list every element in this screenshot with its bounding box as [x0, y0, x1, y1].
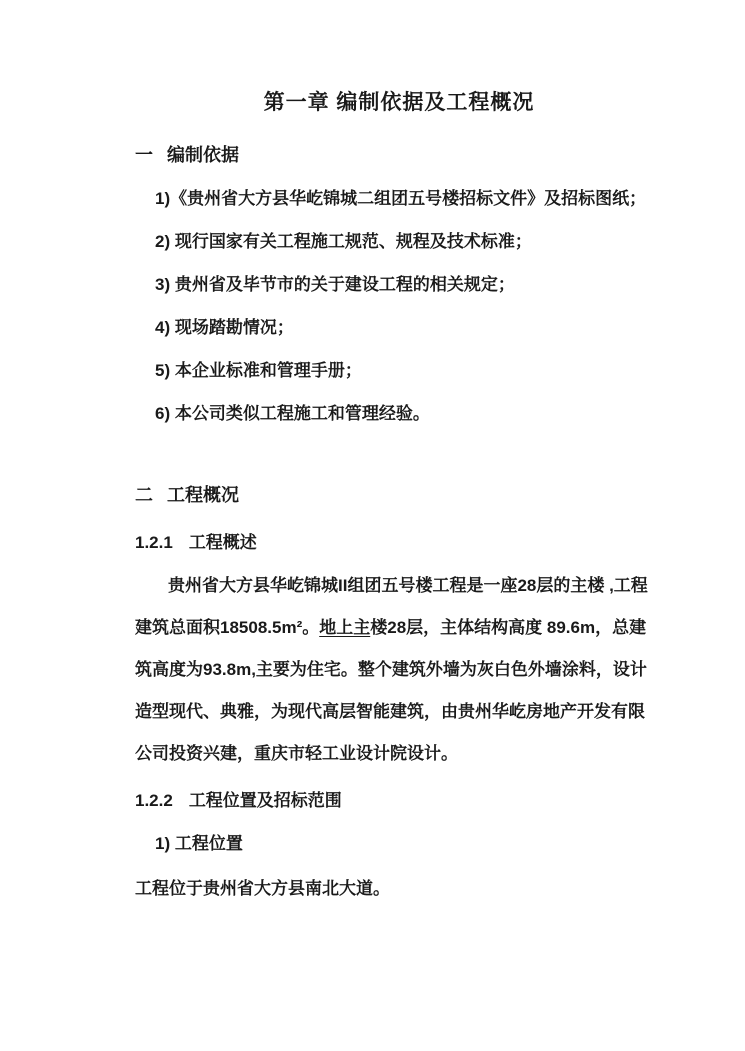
subsection-number: 1.2.2 [135, 791, 173, 811]
location-point-heading: 1) 工程位置 [135, 835, 663, 853]
basis-list-item: 6) 本公司类似工程施工和管理经验。 [135, 405, 663, 423]
section-heading-basis: 一编制依据 [135, 145, 663, 165]
document-page: 第一章 编制依据及工程概况 一编制依据 1)《贵州省大方县华屹锦城二组团五号楼招… [0, 0, 745, 1051]
basis-list-item: 1)《贵州省大方县华屹锦城二组团五号楼招标文件》及招标图纸； [135, 190, 663, 208]
chapter-title: 第一章 编制依据及工程概况 [135, 90, 663, 115]
basis-list-item: 5) 本企业标准和管理手册； [135, 362, 663, 380]
paragraph-line: 贵州省大方县华屹锦城II组团五号楼工程是一座28层的主楼 ,工程 [135, 565, 663, 607]
paragraph-line: 筑高度为93.8m,主要为住宅。整个建筑外墙为灰白色外墙涂料，设计 [135, 649, 663, 691]
section-number: 一 [135, 145, 153, 165]
subsection-title: 工程概述 [189, 533, 257, 552]
section-title: 工程概况 [167, 485, 239, 505]
subsection-number: 1.2.1 [135, 533, 173, 553]
paragraph-text: 建筑总面积18508.5m²。 [135, 618, 319, 637]
section-heading-overview: 二工程概况 [135, 485, 663, 505]
subsection-heading-122: 1.2.2工程位置及招标范围 [135, 791, 663, 811]
section-number: 二 [135, 485, 153, 505]
paragraph-line: 建筑总面积18508.5m²。地上主楼28层，主体结构高度 89.6m，总建 [135, 607, 663, 649]
document-content: 第一章 编制依据及工程概况 一编制依据 1)《贵州省大方县华屹锦城二组团五号楼招… [135, 0, 663, 898]
underlined-text: 地上主 [319, 618, 370, 637]
basis-list-item: 2) 现行国家有关工程施工规范、规程及技术标准； [135, 233, 663, 251]
subsection-title: 工程位置及招标范围 [189, 791, 342, 810]
paragraph-text: 楼28层，主体结构高度 89.6m，总建 [370, 618, 646, 637]
overview-paragraph: 贵州省大方县华屹锦城II组团五号楼工程是一座28层的主楼 ,工程 建筑总面积18… [135, 565, 663, 775]
paragraph-line: 公司投资兴建，重庆市轻工业设计院设计。 [135, 733, 663, 775]
basis-list-item: 3) 贵州省及毕节市的关于建设工程的相关规定； [135, 276, 663, 294]
location-text: 工程位于贵州省大方县南北大道。 [135, 880, 663, 898]
subsection-heading-121: 1.2.1工程概述 [135, 533, 663, 553]
section-title: 编制依据 [167, 145, 239, 165]
basis-list-item: 4) 现场踏勘情况； [135, 319, 663, 337]
paragraph-line: 造型现代、典雅，为现代高层智能建筑，由贵州华屹房地产开发有限 [135, 691, 663, 733]
